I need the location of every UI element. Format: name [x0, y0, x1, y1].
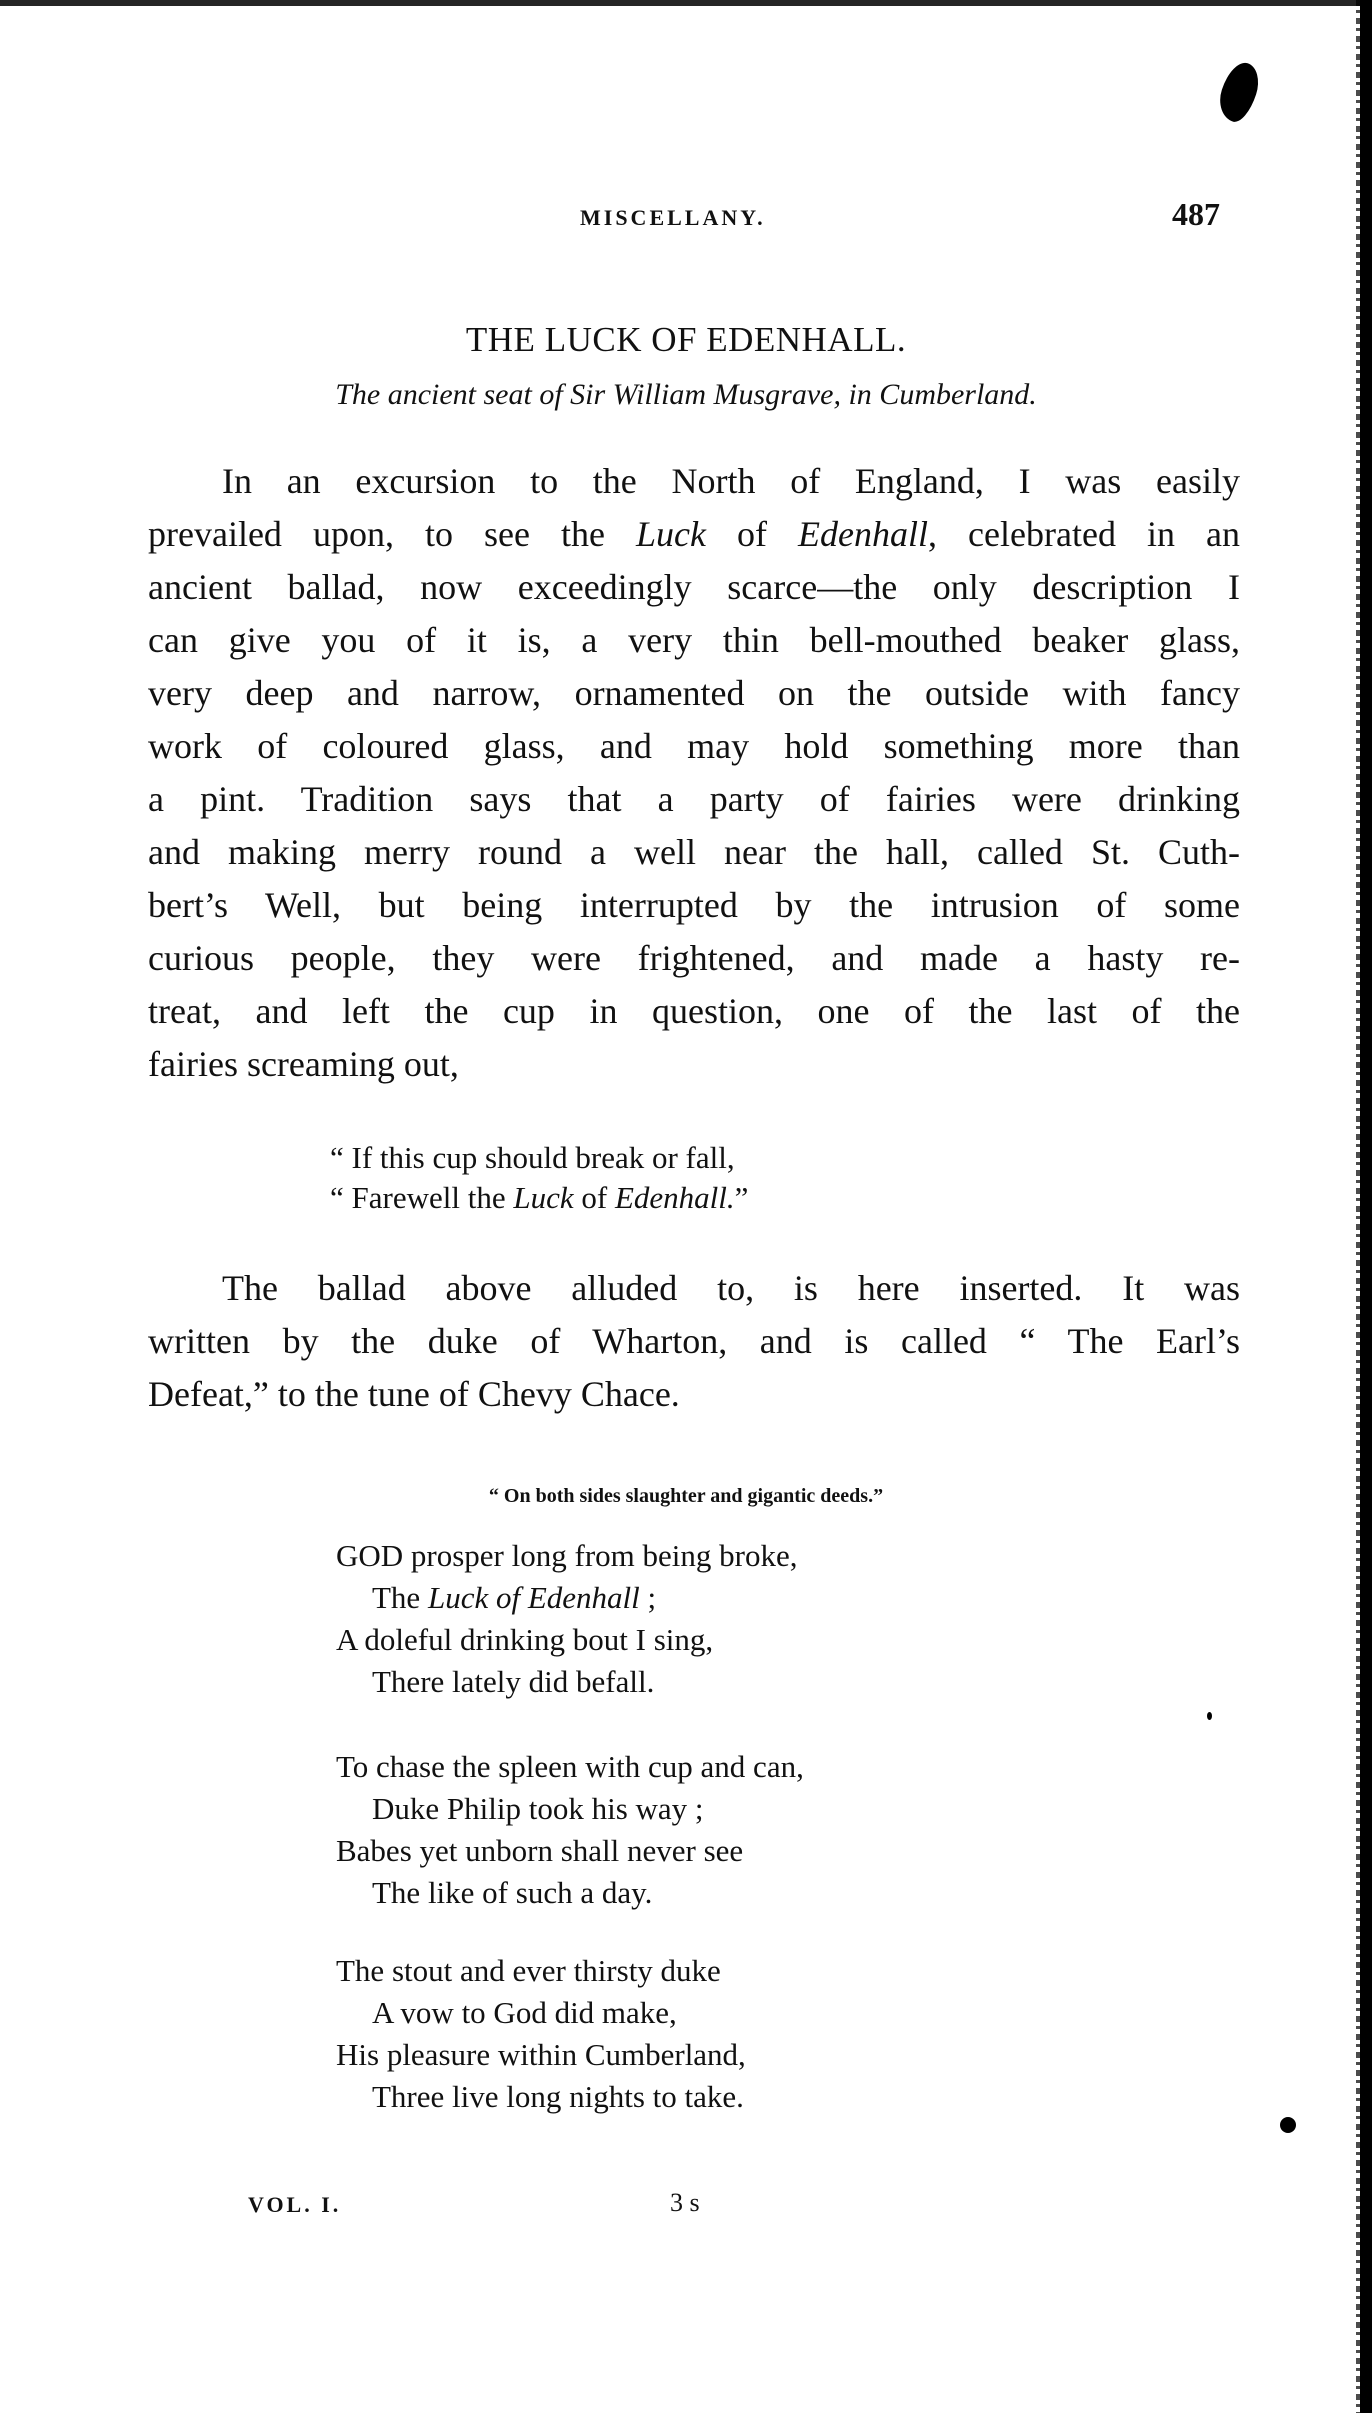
- intro-paragraph: In an excursion to the North of England,…: [148, 455, 1240, 1091]
- verse-line: The Luck of Edenhall ;: [336, 1577, 797, 1619]
- paragraph-line: The ballad above alluded to, is here ins…: [148, 1262, 1240, 1315]
- ink-speck-mark: [1207, 1712, 1212, 1720]
- ballad-stanza-3: The stout and ever thirsty duke A vow to…: [336, 1950, 746, 2118]
- article-subtitle: The ancient seat of Sir William Musgrave…: [0, 378, 1372, 412]
- paragraph-line: prevailed upon, to see the Luck of Edenh…: [148, 508, 1240, 561]
- italic-luck: Luck: [636, 514, 706, 554]
- quote-line: “ If this cup should break or fall,: [330, 1138, 748, 1178]
- ballad-stanza-1: GOD prosper long from being broke, The L…: [336, 1535, 797, 1703]
- paragraph-line: a pint. Tradition says that a party of f…: [148, 773, 1240, 826]
- paragraph-line: curious people, they were frightened, an…: [148, 932, 1240, 985]
- italic-luck: Luck: [513, 1180, 573, 1215]
- page-number: 487: [1172, 196, 1220, 233]
- ballad-intro-paragraph: The ballad above alluded to, is here ins…: [148, 1262, 1240, 1421]
- text-run: prevailed upon, to see the: [148, 514, 636, 554]
- text-run: ”: [735, 1180, 749, 1215]
- ballad-epigraph: “ On both sides slaughter and gigantic d…: [0, 1485, 1372, 1508]
- verse-line: The like of such a day.: [336, 1872, 804, 1914]
- scan-edge-top: [0, 0, 1372, 6]
- footer-signature-mark: 3 s: [670, 2188, 700, 2218]
- verse-line: To chase the spleen with cup and can,: [336, 1746, 804, 1788]
- running-head: MISCELLANY.: [580, 205, 766, 231]
- verse-line: Duke Philip took his way ;: [336, 1788, 804, 1830]
- ink-spot-mark: [1280, 2117, 1296, 2133]
- quote-line: “ Farewell the Luck of Edenhall.”: [330, 1178, 748, 1218]
- text-run: of: [574, 1180, 615, 1215]
- paragraph-line: and making merry round a well near the h…: [148, 826, 1240, 879]
- ink-blot-mark: [1214, 58, 1265, 126]
- paragraph-line: can give you of it is, a very thin bell-…: [148, 614, 1240, 667]
- verse-line: A vow to God did make,: [336, 1992, 746, 2034]
- italic-edenhall: Edenhall: [798, 514, 928, 554]
- paragraph-line: work of coloured glass, and may hold som…: [148, 720, 1240, 773]
- ballad-stanza-2: To chase the spleen with cup and can, Du…: [336, 1746, 804, 1914]
- scan-edge-right-inner: [1356, 0, 1360, 2413]
- article-title: THE LUCK OF EDENHALL.: [0, 320, 1372, 360]
- verse-line: A doleful drinking bout I sing,: [336, 1619, 797, 1661]
- paragraph-line: Defeat,” to the tune of Chevy Chace.: [148, 1368, 1240, 1421]
- text-run: ;: [640, 1580, 656, 1615]
- text-run: The: [372, 1580, 428, 1615]
- verse-line: GOD prosper long from being broke,: [336, 1535, 797, 1577]
- paragraph-line: In an excursion to the North of England,…: [148, 455, 1240, 508]
- text-run: , celebrated in an: [928, 514, 1240, 554]
- paragraph-line: very deep and narrow, ornamented on the …: [148, 667, 1240, 720]
- verse-line: Three live long nights to take.: [336, 2076, 746, 2118]
- verse-line: There lately did befall.: [336, 1661, 797, 1703]
- paragraph-line: written by the duke of Wharton, and is c…: [148, 1315, 1240, 1368]
- text-run: of: [706, 514, 798, 554]
- fairy-quote: “ If this cup should break or fall, “ Fa…: [330, 1138, 748, 1218]
- verse-line: The stout and ever thirsty duke: [336, 1950, 746, 1992]
- scan-edge-right: [1360, 0, 1372, 2413]
- italic-luck-of-edenhall: Luck of Edenhall: [428, 1580, 640, 1615]
- paragraph-line: treat, and left the cup in question, one…: [148, 985, 1240, 1038]
- paragraph-line: ancient ballad, now exceedingly scarce—t…: [148, 561, 1240, 614]
- italic-edenhall: Edenhall.: [615, 1180, 735, 1215]
- verse-line: His pleasure within Cumberland,: [336, 2034, 746, 2076]
- footer-volume: VOL. I.: [248, 2192, 341, 2218]
- text-run: “ Farewell the: [330, 1180, 513, 1215]
- paragraph-line: fairies screaming out,: [148, 1038, 1240, 1091]
- paragraph-line: bert’s Well, but being interrupted by th…: [148, 879, 1240, 932]
- verse-line: Babes yet unborn shall never see: [336, 1830, 804, 1872]
